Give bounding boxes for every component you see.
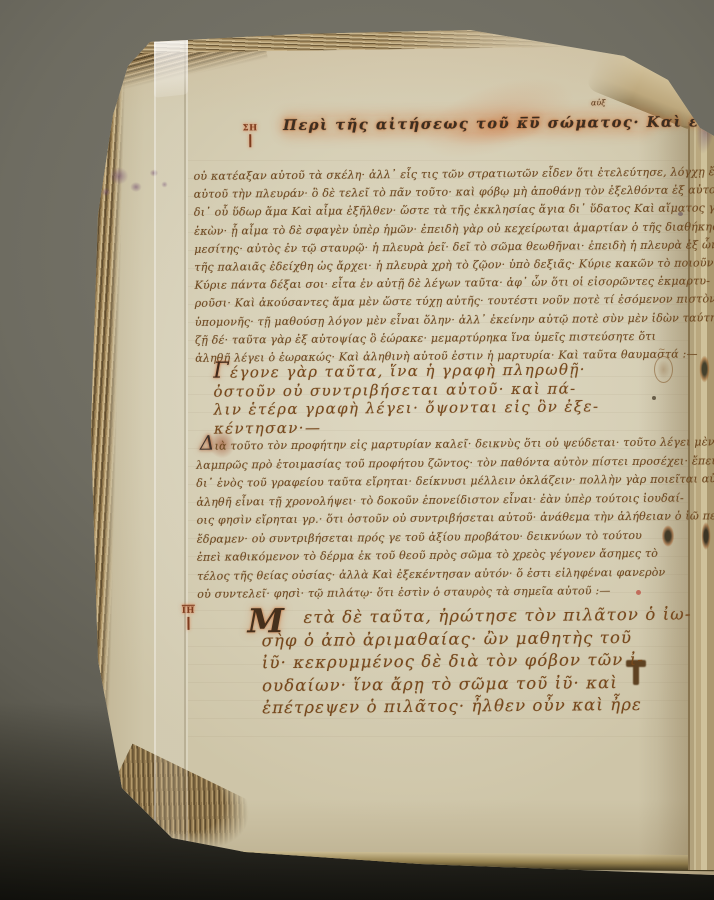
commentary-block-1: οὐ κατέαξαν αὐτοῦ τὰ σκέλη· ἀλλ᾽ εἷς τις… bbox=[194, 164, 678, 368]
page-text-layer: ΣΗ Περὶ τῆς αἰτήσεως τοῦ κ̅υ̅ σώματος· Κ… bbox=[84, 27, 714, 877]
text-line: λιν ἑτέρα γραφὴ λέγει· ὄψονται εἰς ὃν ἐξ… bbox=[214, 397, 662, 420]
strap-highlight bbox=[154, 853, 188, 873]
commentary-block-2: Διὰ τοῦτο τὸν προφήτην εἰς μαρτυρίαν καλ… bbox=[196, 430, 683, 605]
manuscript-book: ΣΗ Περὶ τῆς αἰτήσεως τοῦ κ̅υ̅ σώματος· Κ… bbox=[88, 30, 714, 875]
nota-label: ΣΗ bbox=[243, 123, 258, 133]
photo-backdrop: ΣΗ Περὶ τῆς αἰτήσεως τοῦ κ̅υ̅ σώματος· Κ… bbox=[0, 0, 714, 900]
chapter-title: Περὶ τῆς αἰτήσεως τοῦ κ̅υ̅ σώματος· Καὶ … bbox=[283, 114, 651, 134]
header-gloss: αὐξ bbox=[591, 98, 606, 107]
lemma-block-2: ετὰ δὲ ταῦτα, ἠρώτησε τὸν πιλᾶτον ὁ ἰω-σ… bbox=[261, 604, 654, 720]
nota-mark-top: ΣΗ bbox=[242, 123, 258, 147]
nota-mark-bottom: ΙΗ bbox=[180, 606, 196, 630]
text-line: ετὰ δὲ ταῦτα, ἠρώτησε τὸν πιλᾶτον ὁ ἰω- bbox=[261, 604, 653, 630]
nota-descender bbox=[187, 617, 189, 630]
nota-descender bbox=[249, 134, 251, 147]
nota-label: ΙΗ bbox=[182, 606, 195, 616]
text-line: ἰῦ· κεκρυμμένος δὲ διὰ τὸν φόβον τῶν ἰ- bbox=[262, 649, 654, 675]
text-line: ἐπέτρεψεν ὁ πιλᾶτος· ἦλθεν οὖν καὶ ἦρε bbox=[262, 694, 654, 720]
lemma-block-1: Γέγονε γὰρ ταῦτα, ἵνα ἡ γραφὴ πληρωθῇ·ὀσ… bbox=[213, 359, 662, 438]
